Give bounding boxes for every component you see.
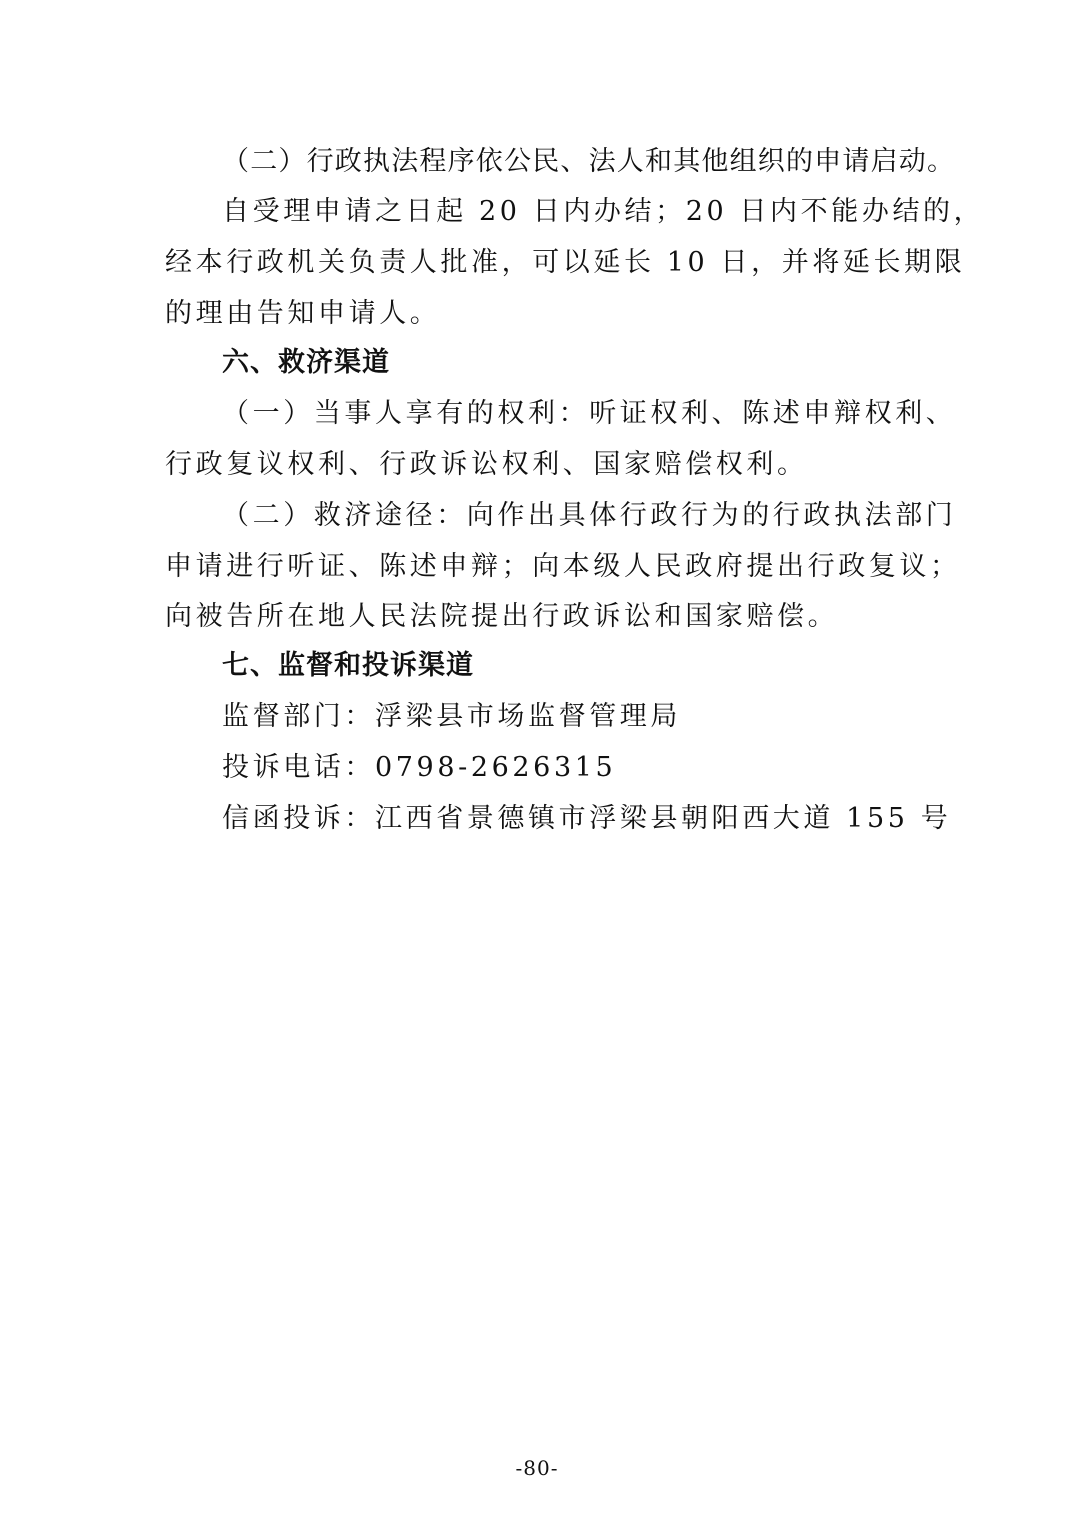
document-page: （二）行政执法程序依公民、法人和其他组织的申请启动。 自受理申请之日起 20 日… <box>0 0 1074 1520</box>
paragraph-deadline-line-3: 的理由告知申请人。 <box>165 297 915 331</box>
paragraph-application-start: （二）行政执法程序依公民、法人和其他组织的申请启动。 <box>222 145 972 179</box>
paragraph-remedy-route-line-3: 向被告所在地人民法院提出行政诉讼和国家赔偿。 <box>165 600 915 634</box>
paragraph-rights-line-2: 行政复议权利、行政诉讼权利、国家赔偿权利。 <box>165 448 915 482</box>
page-number: -80- <box>0 1456 1074 1480</box>
paragraph-rights-line-1: （一）当事人享有的权利：听证权利、陈述申辩权利、 <box>222 397 972 431</box>
section-heading-supervision-complaints: 七、监督和投诉渠道 <box>222 649 972 683</box>
paragraph-remedy-route-line-2: 申请进行听证、陈述申辩；向本级人民政府提出行政复议； <box>165 550 915 584</box>
paragraph-deadline-line-1: 自受理申请之日起 20 日内办结；20 日内不能办结的， <box>222 195 972 229</box>
paragraph-deadline-line-2: 经本行政机关负责人批准，可以延长 10 日，并将延长期限 <box>165 246 915 280</box>
section-heading-remedy-channels: 六、救济渠道 <box>222 346 972 380</box>
supervision-department: 监督部门：浮梁县市场监督管理局 <box>222 700 972 734</box>
paragraph-remedy-route-line-1: （二）救济途径：向作出具体行政行为的行政执法部门 <box>222 499 972 533</box>
complaint-phone: 投诉电话：0798-2626315 <box>222 751 972 785</box>
complaint-mail-address: 信函投诉：江西省景德镇市浮梁县朝阳西大道 155 号 <box>222 802 972 836</box>
